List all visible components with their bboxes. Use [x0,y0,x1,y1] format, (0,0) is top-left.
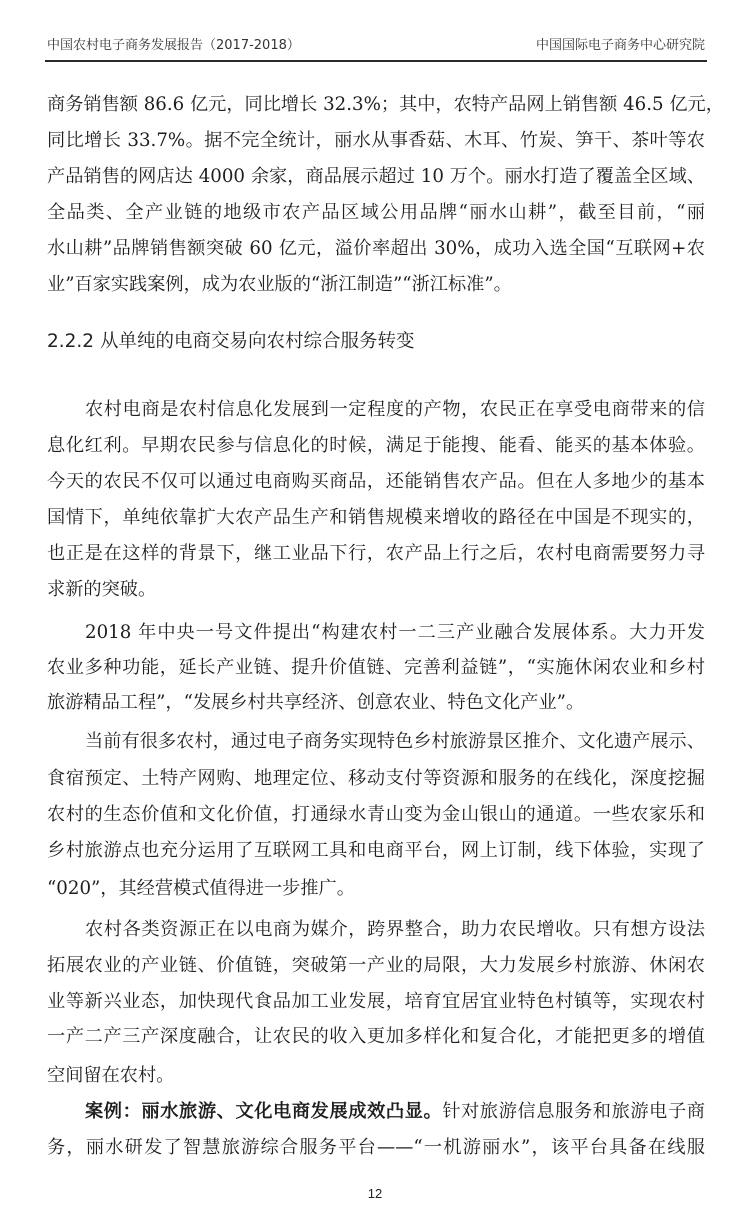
text-line: 业等新兴业态，加快现代食品加工业发展，培育宜居宜业特色村镇等，实现农村 [47,991,705,1013]
text-line: 拓展农业的产业链、价值链，突破第一产业的局限，大力发展乡村旅游、休闲农 [47,955,705,977]
text-line: 当前有很多农村，通过电子商务实现特色乡村旅游景区推介、文化遗产展示、 [85,731,705,753]
report-title: 中国农村电子商务发展报告（2017-2018） [47,38,300,54]
section-heading: 2.2.2 从单纯的电商交易向农村综合服务转变 [47,330,414,354]
publisher-name: 中国国际电子商务中心研究院 [536,38,705,54]
page-header: 中国农村电子商务发展报告（2017-2018） 中国国际电子商务中心研究院 [45,36,707,62]
text-line: 全品类、全产业链的地级市农产品区域公用品牌“丽水山耕”，截至目前，“丽 [47,202,705,224]
case-text: 针对旅游信息服务和旅游电子商 [442,1101,705,1122]
text-line: 今天的农民不仅可以通过电商购买商品，还能销售农产品。但在人多地少的基本 [47,471,705,493]
text-line: 农村的生态价值和文化价值，打通绿水青山变为金山银山的通道。一些农家乐和 [47,804,705,826]
text-line: 商务销售额 86.6 亿元，同比增长 32.3%；其中，农特产品网上销售额 46… [47,94,705,116]
text-line: “020”，其经营模式值得进一步推广。 [47,878,705,900]
text-line: 农村各类资源正在以电商为媒介，跨界整合，助力农民增收。只有想方设法 [85,919,705,941]
text-line: 息化红利。早期农民参与信息化的时候，满足于能搜、能看、能买的基本体验。 [47,435,705,457]
text-line: 旅游精品工程”，“发展乡村共享经济、创意农业、特色文化产业”。 [47,692,705,714]
text-line: 国情下，单纯依靠扩大农产品生产和销售规模来增收的路径在中国是不现实的， [47,507,705,529]
text-line: 一产二产三产深度融合，让农民的收入更加多样化和复合化，才能把更多的增值 [47,1026,705,1048]
text-line: 产品销售的网店达 4000 余家，商品展示超过 10 万个。丽水打造了覆盖全区域… [47,166,705,188]
case-title: 案例：丽水旅游、文化电商发展成效凸显。 [85,1101,442,1122]
text-line: 水山耕”品牌销售额突破 60 亿元，溢价率超出 30%，成功入选全国“互联网+农 [47,238,705,260]
text-line: 乡村旅游点也充分运用了互联网工具和电商平台，网上订制，线下体验，实现了 [47,840,705,862]
text-line: 农村电商是农村信息化发展到一定程度的产物，农民正在享受电商带来的信 [85,399,705,421]
text-line: 同比增长 33.7%。据不完全统计，丽水从事香菇、木耳、竹炭、笋干、茶叶等农 [47,130,705,152]
page-number: 12 [0,1186,750,1201]
text-line: 2018 年中央一号文件提出“构建农村一二三产业融合发展体系。大力开发 [85,622,705,644]
text-line: 求新的突破。 [47,579,705,601]
text-line: 农业多种功能，延长产业链、提升价值链、完善利益链”，“实施休闲农业和乡村 [47,657,705,679]
text-line: 务，丽水研发了智慧旅游综合服务平台——“一机游丽水”，该平台具备在线服 [47,1137,705,1159]
text-line: 空间留在农村。 [47,1065,705,1087]
text-line: 案例：丽水旅游、文化电商发展成效凸显。针对旅游信息服务和旅游电子商 [85,1101,705,1123]
text-line: 业”百家实践案例，成为农业版的“浙江制造”“浙江标准”。 [47,274,705,296]
text-line: 食宿预定、土特产网购、地理定位、移动支付等资源和服务的在线化，深度挖掘 [47,768,705,790]
text-line: 也正是在这样的背景下，继工业品下行，农产品上行之后，农村电商需要努力寻 [47,543,705,565]
